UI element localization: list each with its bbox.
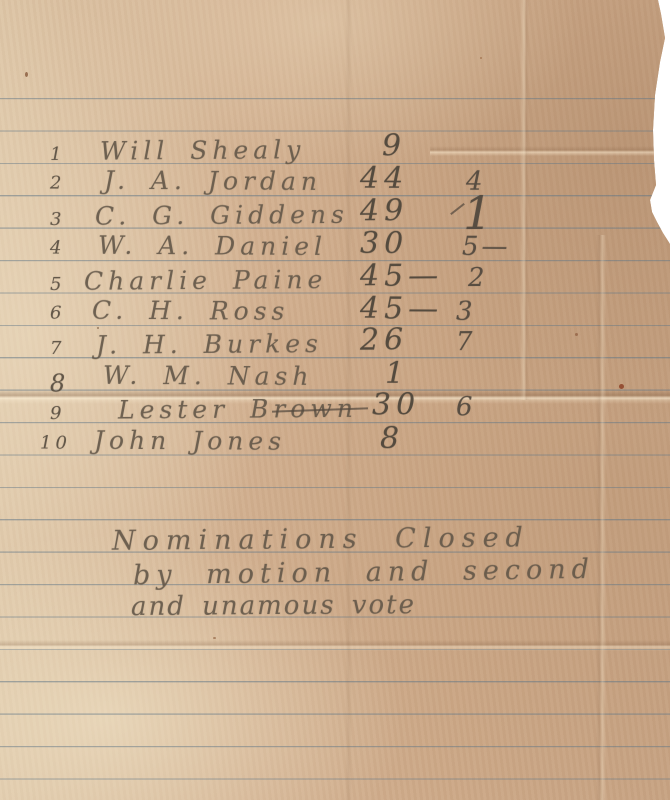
row-name: J. A. Jordan	[104, 169, 322, 195]
paper-speck	[480, 57, 482, 59]
row-index: 4	[50, 240, 62, 258]
row-votes: 30	[360, 230, 408, 260]
row-votes: 45—	[360, 261, 443, 292]
row-name: John Jones	[94, 428, 286, 454]
row-name: J. H. Burkes	[96, 332, 323, 359]
paper-sheet: 1 Will Shealy 9 2 J. A. Jordan 44 4 3 C.…	[0, 0, 670, 800]
row-votes: 45—	[360, 294, 443, 324]
tally-row: 2 J. A. Jordan 44 4	[0, 163, 670, 199]
closing-note: Nominations Closed by motion and second …	[0, 526, 670, 636]
tally-row: 9 Lester Brown 30 6	[0, 389, 670, 426]
note-line: by motion and second	[133, 556, 595, 589]
row-name: C. H. Ross	[92, 298, 290, 324]
row-name: W. A. Daniel	[98, 233, 327, 259]
paper-speck	[25, 72, 28, 77]
row-votes: 9	[382, 132, 406, 162]
tally-list: 1 Will Shealy 9 2 J. A. Jordan 44 4 3 C.…	[0, 132, 670, 456]
row-rank: 6	[456, 395, 476, 421]
row-index: 7	[50, 341, 62, 359]
row-index: 10	[40, 434, 71, 452]
row-rank: 5—	[462, 234, 511, 260]
row-index: 2	[50, 175, 62, 193]
row-votes: 26	[360, 326, 408, 356]
row-rank: 3	[456, 299, 476, 325]
row-name: W. M. Nash	[103, 363, 314, 389]
tally-row: 4 W. A. Daniel 30 5—	[0, 227, 670, 263]
tally-row: 8 W. M. Nash 1	[0, 357, 670, 393]
tally-row: 6 C. H. Ross 45— 3	[0, 292, 670, 328]
row-votes: 1	[385, 359, 409, 389]
tally-row: 5 Charlie Paine 45— 2	[0, 259, 670, 296]
row-name: Charlie Paine	[84, 267, 327, 294]
tally-row: 10 John Jones 8	[0, 422, 670, 458]
row-index: 6	[50, 305, 62, 323]
row-rank: 2	[468, 265, 488, 291]
row-index: 9	[50, 405, 62, 423]
row-votes: 44	[360, 165, 408, 195]
row-rank: 7	[456, 330, 476, 356]
paper-speck	[213, 637, 216, 639]
note-line: Nominations Closed	[112, 524, 530, 555]
tally-row: 1 Will Shealy 9	[0, 130, 670, 167]
row-votes: 49	[360, 197, 408, 227]
note-line: and unamous vote	[131, 592, 416, 620]
row-votes: 30	[372, 391, 420, 421]
scan-root: 1 Will Shealy 9 2 J. A. Jordan 44 4 3 C.…	[0, 0, 670, 800]
tally-row: 7 J. H. Burkes 26 7	[0, 324, 670, 361]
row-votes: 8	[380, 424, 404, 454]
row-index: 5	[50, 276, 62, 294]
row-index: 3	[50, 211, 62, 229]
tally-row: 3 C. G. Giddens 49 1	[0, 194, 670, 231]
row-name: Will Shealy	[100, 138, 305, 164]
row-name: C. G. Giddens	[95, 202, 349, 229]
